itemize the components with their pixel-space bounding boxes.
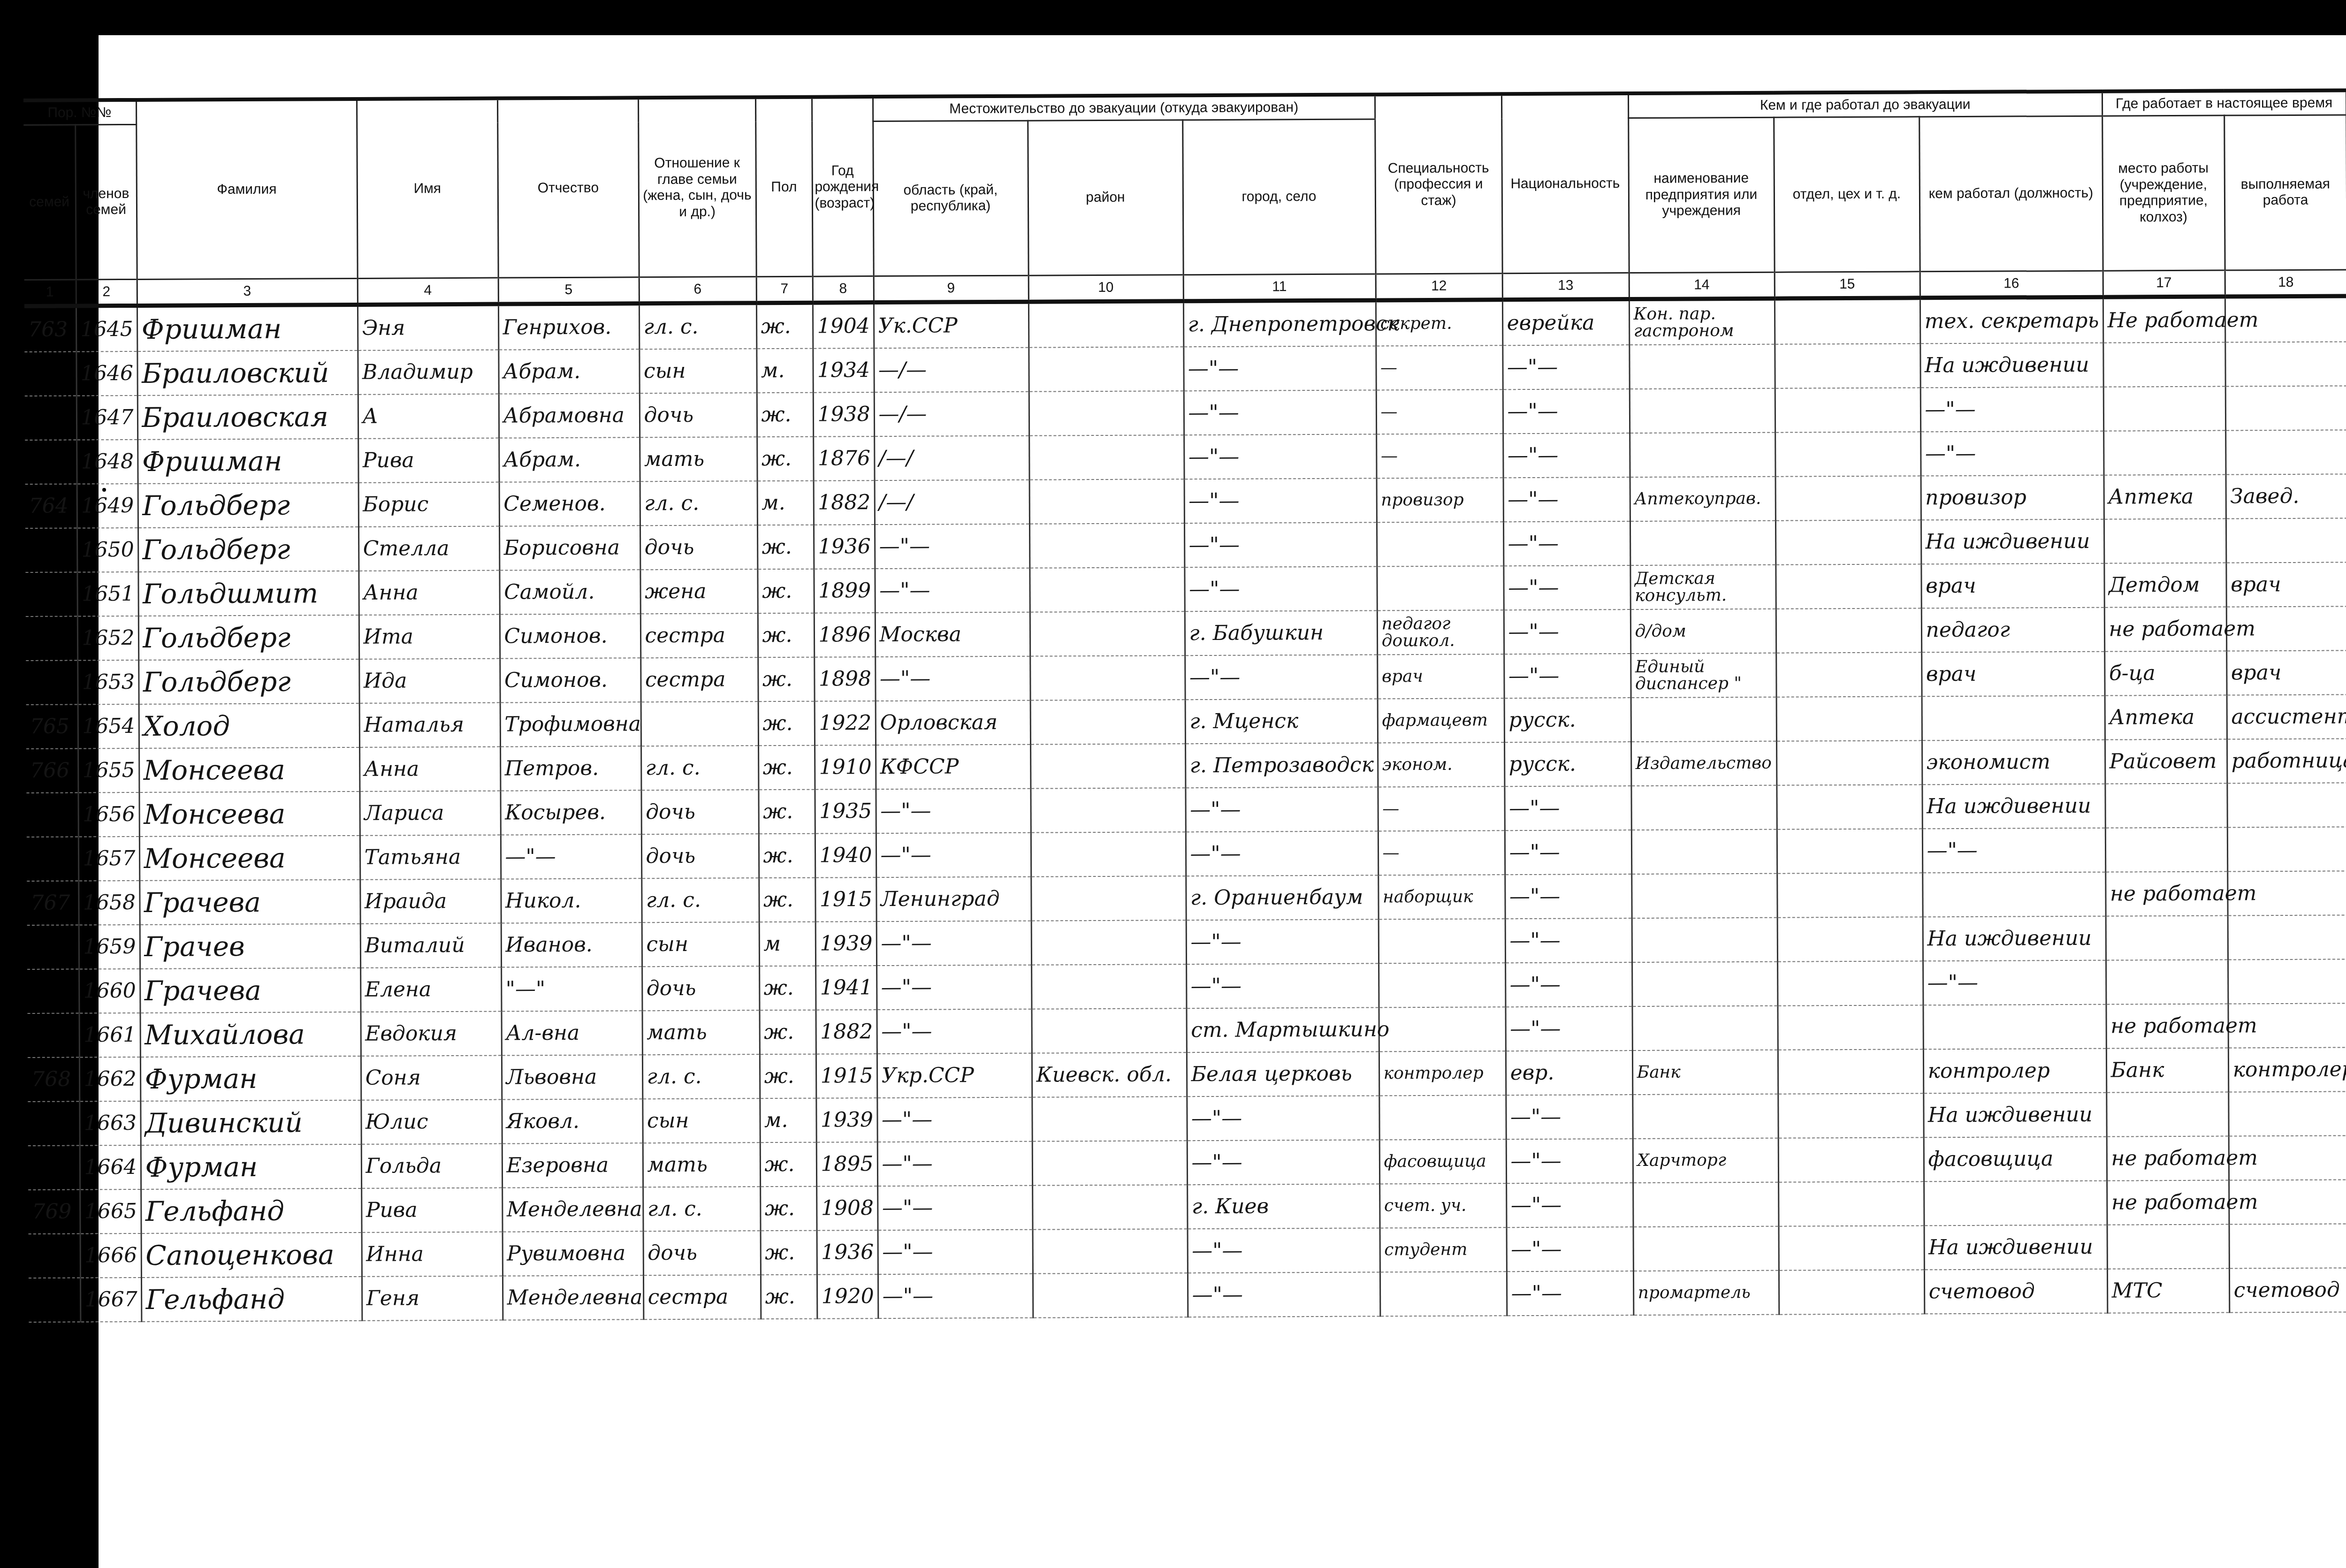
cell-employer (1629, 344, 1775, 388)
cell-position: счетовод (1924, 1269, 2107, 1314)
cell-relation: сын (642, 1098, 760, 1143)
cell-birth-year: 1882 (815, 1010, 876, 1054)
header-region: область (край, республика) (873, 121, 1028, 276)
cell-current-work: Завед. (2226, 474, 2346, 518)
cell-family-number (25, 396, 76, 440)
cell-current-work (2228, 915, 2346, 959)
cell-family-number: 766 (26, 748, 78, 792)
header-birth-year: Год рождения (возраст) (812, 97, 874, 276)
cell-surname: Фришман (137, 438, 358, 483)
cell-first-name: Анна (359, 746, 500, 791)
cell-specialty: — (1376, 345, 1502, 390)
cell-birth-year: 1939 (815, 921, 876, 966)
cell-position: врач (1921, 563, 2104, 608)
cell-city: г. Киев (1187, 1184, 1379, 1229)
cell-position: педагог (1921, 607, 2104, 652)
cell-employer (1633, 1182, 1778, 1226)
cell-member-number: 1647 (76, 395, 137, 440)
cell-nationality: —"— (1505, 962, 1632, 1007)
cell-specialty (1379, 1007, 1506, 1051)
cell-city: —"— (1185, 787, 1378, 832)
cell-region: Орловская (876, 700, 1030, 745)
cell-nationality: —"— (1504, 654, 1630, 698)
cell-family-number (25, 440, 76, 484)
cell-patronymic: —"— (501, 834, 641, 879)
cell-sex: ж. (757, 569, 814, 613)
cell-birth-year: 1939 (816, 1098, 877, 1142)
cell-department (1777, 829, 1922, 873)
cell-member-number: 1664 (80, 1145, 141, 1189)
cell-current-workplace: Не работает (2103, 297, 2225, 343)
cell-position: На иждивении (1922, 784, 2105, 829)
cell-department (1778, 1137, 1924, 1182)
cell-patronymic: Абрамовна (499, 393, 640, 438)
cell-district (1030, 655, 1185, 700)
header-current-work: выполняемая работа (2224, 114, 2346, 270)
cell-nationality: еврейка (1502, 299, 1629, 345)
cell-region: Ленинград (876, 876, 1031, 921)
cell-sex: ж. (759, 833, 815, 878)
cell-region: —"— (876, 921, 1031, 965)
col-number: 14 (1629, 272, 1775, 299)
cell-current-work (2225, 386, 2346, 430)
cell-current-workplace: не работает (2107, 1180, 2229, 1225)
cell-position (1922, 872, 2105, 917)
cell-sex: м. (760, 1098, 816, 1142)
cell-sex: ж. (756, 303, 813, 349)
cell-sex: м. (756, 348, 813, 393)
cell-nationality: русск. (1504, 742, 1631, 786)
cell-sex: ж. (758, 613, 814, 657)
cell-member-number: 1649 (77, 483, 138, 528)
cell-employer: д/дом (1630, 609, 1776, 653)
cell-region: —"— (876, 965, 1031, 1009)
cell-current-workplace (2106, 915, 2228, 960)
cell-district (1030, 788, 1185, 832)
cell-region: Укр.ССР (877, 1053, 1032, 1097)
cell-specialty (1377, 566, 1503, 610)
cell-relation: гл. с. (643, 1187, 760, 1231)
cell-relation: дочь (642, 966, 759, 1011)
cell-member-number: 1660 (79, 968, 140, 1013)
cell-current-work (2225, 342, 2346, 386)
cell-relation: гл. с. (641, 746, 758, 790)
cell-current-work: контролер (2228, 1047, 2346, 1092)
cell-city: —"— (1185, 655, 1377, 700)
cell-current-workplace: не работает (2107, 1136, 2229, 1180)
cell-position: фасовщица (1924, 1136, 2107, 1181)
cell-specialty: — (1376, 434, 1503, 478)
cell-member-number: 1665 (80, 1189, 141, 1233)
cell-patronymic: Езеровна (502, 1143, 643, 1187)
cell-nationality: —"— (1504, 786, 1631, 830)
cell-member-number: 1650 (77, 527, 138, 572)
cell-employer (1633, 1226, 1779, 1271)
cell-member-number: 1662 (79, 1057, 140, 1101)
cell-family-number (28, 1101, 79, 1145)
cell-member-number: 1656 (78, 792, 139, 837)
header-por-nn: Пор. №№ (23, 100, 136, 125)
cell-position: На иждивении (1923, 916, 2106, 961)
cell-birth-year: 1899 (814, 569, 875, 613)
cell-city: —"— (1188, 1272, 1380, 1317)
col-number: 5 (498, 277, 639, 304)
cell-surname: Фурман (140, 1056, 361, 1101)
cell-member-number: 1654 (78, 704, 139, 748)
cell-current-workplace (2105, 827, 2227, 872)
cell-department (1776, 608, 1921, 653)
cell-relation: жена (640, 569, 757, 614)
cell-patronymic: Никол. (501, 878, 641, 923)
cell-city: —"— (1187, 1140, 1379, 1185)
cell-district (1033, 1229, 1188, 1273)
cell-member-number: 1655 (78, 748, 139, 792)
cell-sex: ж. (757, 525, 814, 569)
cell-birth-year: 1938 (813, 392, 874, 437)
col-number: 13 (1502, 273, 1629, 299)
cell-first-name: Владимир (358, 350, 498, 394)
cell-district (1030, 744, 1185, 788)
cell-region: —"— (875, 524, 1029, 568)
cell-patronymic: Иванов. (501, 922, 642, 967)
cell-district (1032, 1096, 1187, 1141)
cell-nationality: —"— (1503, 433, 1630, 478)
cell-family-number (27, 837, 78, 881)
cell-specialty: врач (1377, 654, 1504, 699)
cell-member-number: 1657 (78, 836, 139, 881)
cell-nationality: —"— (1506, 1006, 1632, 1051)
cell-employer (1631, 785, 1776, 830)
cell-surname: Михайлова (140, 1012, 361, 1057)
cell-first-name: Наталья (359, 702, 500, 747)
cell-first-name: Виталий (360, 923, 501, 967)
cell-department (1775, 297, 1920, 344)
cell-current-workplace: не работает (2105, 871, 2227, 916)
cell-current-workplace: Банк (2106, 1048, 2228, 1092)
evacuee-register-table: Пор. №№ Фамилия Имя Отчество Отношение к… (23, 88, 2346, 1322)
cell-sex: ж. (758, 701, 815, 746)
col-number: 16 (1920, 271, 2103, 298)
cell-employer: Единый диспансер " (1630, 653, 1776, 697)
cell-position: —"— (1922, 828, 2105, 873)
cell-region: —"— (876, 832, 1031, 877)
cell-patronymic: "—" (501, 967, 642, 1011)
cell-current-workplace (2107, 1224, 2229, 1269)
cell-department (1778, 1005, 1923, 1050)
cell-district (1031, 876, 1186, 921)
cell-family-number (27, 925, 79, 969)
cell-patronymic: Рувимовна (503, 1231, 643, 1276)
cell-family-number (28, 1145, 80, 1189)
cell-sex: м (759, 921, 815, 966)
cell-specialty: фасовщица (1379, 1139, 1506, 1184)
cell-region: —/— (874, 347, 1028, 392)
cell-employer: Кон. пар. гастроном (1629, 298, 1775, 345)
cell-member-number: 1651 (77, 571, 138, 616)
header-specialty: Специальность (профессия и стаж) (1375, 94, 1502, 274)
cell-specialty: счет. уч. (1379, 1183, 1506, 1228)
cell-current-work: ассистент (2227, 694, 2346, 739)
cell-position: —"— (1920, 431, 2103, 476)
cell-region: КФССР (876, 744, 1030, 789)
col-number: 7 (756, 276, 813, 303)
cell-surname: Грачев (140, 923, 360, 968)
cell-specialty: — (1378, 786, 1504, 831)
cell-region: —"— (877, 1185, 1032, 1230)
cell-department (1775, 520, 1921, 564)
cell-district (1030, 611, 1185, 656)
col-number: 6 (639, 276, 756, 303)
cell-district (1030, 700, 1185, 744)
col-number: 18 (2225, 269, 2346, 296)
cell-patronymic: Самойл. (499, 570, 640, 614)
header-sex: Пол (755, 97, 813, 277)
cell-relation: сестра (640, 657, 758, 702)
cell-surname: Сапоценкова (141, 1232, 362, 1277)
cell-district (1029, 391, 1184, 435)
cell-patronymic: Абрам. (499, 437, 640, 482)
cell-sex: ж. (759, 966, 815, 1010)
cell-sex: м. (757, 480, 814, 525)
cell-region: —"— (877, 1141, 1032, 1186)
cell-surname: Монсеева (139, 835, 360, 880)
cell-district (1029, 435, 1184, 480)
cell-member-number: 1666 (80, 1233, 141, 1278)
cell-surname: Гельфанд (141, 1276, 362, 1321)
header-work-now-group: Где работает в настоящее время (2102, 90, 2346, 115)
cell-nationality: —"— (1505, 874, 1631, 919)
cell-relation: гл. с. (642, 1054, 760, 1099)
cell-city: —"— (1186, 919, 1379, 964)
cell-surname: Гольдберг (138, 482, 358, 527)
cell-family-number: 765 (26, 704, 78, 748)
cell-region: /—/ (874, 435, 1029, 480)
cell-current-workplace (2105, 783, 2227, 828)
cell-relation: гл. с. (641, 878, 759, 922)
cell-specialty: контролер (1379, 1051, 1506, 1096)
cell-employer: Издательство (1631, 741, 1776, 785)
cell-patronymic: Яковл. (502, 1099, 642, 1143)
cell-first-name: Стелла (358, 526, 499, 571)
col-number: 11 (1183, 274, 1376, 301)
cell-family-number: 769 (28, 1189, 80, 1233)
header-city: город, село (1182, 119, 1375, 274)
cell-city: —"— (1184, 566, 1377, 611)
cell-city: —"— (1184, 522, 1377, 567)
cell-city: г. Петрозаводск (1185, 743, 1378, 788)
cell-city: —"— (1187, 1096, 1379, 1141)
cell-employer (1631, 829, 1777, 874)
cell-family-number (26, 792, 78, 837)
col-number: 12 (1376, 273, 1502, 300)
cell-first-name: Юлис (361, 1099, 502, 1144)
cell-current-work (2227, 827, 2346, 871)
cell-surname: Браиловская (137, 394, 358, 439)
cell-surname: Гольдберг (138, 526, 358, 571)
cell-member-number: 1646 (76, 351, 137, 396)
cell-relation: дочь (643, 1231, 761, 1275)
cell-district (1031, 920, 1186, 965)
cell-current-work: работница (2227, 738, 2346, 783)
cell-employer: Банк (1632, 1050, 1778, 1094)
cell-department (1776, 784, 1922, 829)
cell-surname: Дивинский (140, 1100, 361, 1145)
cell-current-workplace: МТС (2107, 1268, 2229, 1313)
cell-surname: Гольдберг (138, 615, 359, 660)
cell-patronymic: Борисовна (499, 525, 640, 570)
cell-birth-year: 1895 (816, 1142, 877, 1187)
cell-specialty: провизор (1377, 478, 1503, 522)
cell-position (1924, 1180, 2107, 1225)
col-number: 10 (1028, 274, 1183, 301)
col-number: 9 (874, 275, 1028, 302)
cell-district (1033, 1273, 1188, 1317)
header-surname: Фамилия (136, 99, 358, 279)
cell-birth-year: 1915 (815, 877, 876, 922)
cell-current-workplace: Райсовет (2105, 739, 2227, 784)
cell-member-number: 1652 (77, 616, 138, 660)
cell-city: г. Ораниенбаум (1186, 875, 1378, 920)
cell-relation: гл. с. (639, 303, 756, 349)
cell-current-workplace: Детдом (2104, 563, 2226, 607)
cell-sex: ж. (758, 789, 815, 834)
cell-department (1776, 740, 1922, 785)
cell-department (1775, 388, 1920, 432)
cell-city: г. Днепропетровск (1183, 300, 1376, 346)
cell-birth-year: 1896 (814, 613, 875, 657)
cell-surname: Фришман (137, 304, 358, 351)
cell-nationality: —"— (1506, 1183, 1633, 1227)
cell-current-work: счетовод (2229, 1268, 2346, 1312)
cell-current-workplace: Аптека (2105, 695, 2227, 739)
cell-department (1778, 1093, 1923, 1138)
cell-region: —"— (878, 1273, 1033, 1318)
cell-sex: ж. (758, 657, 814, 701)
cell-birth-year: 1898 (814, 657, 875, 701)
cell-city: г. Мценск (1185, 699, 1378, 744)
cell-family-number (26, 616, 77, 660)
cell-current-workplace (2106, 959, 2228, 1004)
cell-patronymic: Львовна (502, 1055, 642, 1099)
cell-department (1775, 343, 1920, 388)
cell-sex: ж. (758, 745, 815, 790)
cell-surname: Гольдшмит (138, 571, 358, 616)
col-number: 3 (137, 278, 358, 305)
cell-surname: Грачева (139, 879, 360, 924)
cell-nationality: —"— (1502, 345, 1629, 389)
cell-city: —"— (1186, 831, 1378, 876)
header-employer: наименование предприятия или учреждения (1628, 117, 1774, 273)
cell-city: —"— (1184, 478, 1377, 523)
cell-relation: дочь (641, 834, 759, 878)
cell-nationality: —"— (1506, 1095, 1632, 1139)
header-position: кем работал (должность) (1919, 116, 2102, 272)
cell-patronymic: Петров. (500, 746, 641, 791)
cell-patronymic: Менделевна (502, 1187, 643, 1232)
cell-first-name: Ида (359, 658, 500, 703)
cell-member-number: 1659 (79, 924, 140, 969)
cell-first-name: Эня (358, 304, 498, 350)
cell-nationality: —"— (1505, 830, 1631, 875)
cell-first-name: Татьяна (360, 835, 501, 879)
cell-current-workplace: Аптека (2104, 474, 2226, 519)
cell-district (1028, 347, 1183, 391)
cell-patronymic: Косырев. (500, 790, 641, 835)
header-department: отдел, цех и т. д. (1774, 116, 1919, 272)
cell-district (1029, 523, 1184, 568)
cell-birth-year: 1940 (815, 833, 876, 878)
header-district: район (1028, 120, 1183, 275)
col-number: 4 (358, 278, 498, 304)
header-name: Имя (357, 99, 498, 278)
cell-position: На иждивении (1921, 519, 2104, 564)
cell-surname: Гельфанд (141, 1188, 361, 1233)
cell-relation: гл. с. (640, 481, 757, 525)
cell-current-work (2227, 783, 2346, 827)
header-work-before-group: Кем и где работал до эвакуации (1628, 91, 2102, 118)
cell-relation: дочь (640, 525, 757, 570)
cell-family-number (25, 572, 77, 616)
cell-district (1029, 567, 1184, 612)
cell-city: —"— (1184, 434, 1376, 479)
cell-first-name: Рива (361, 1187, 502, 1232)
col-number: 15 (1775, 271, 1920, 298)
cell-birth-year: 1910 (815, 745, 876, 790)
header-members: членов семей (75, 124, 137, 280)
cell-department (1777, 917, 1923, 961)
cell-employer: промартель (1633, 1270, 1779, 1315)
cell-employer (1632, 1005, 1778, 1050)
cell-surname: Фурман (141, 1144, 361, 1189)
header-relation: Отношение к главе семьи (жена, сын, дочь… (638, 97, 756, 277)
cell-first-name: Соня (361, 1055, 502, 1100)
cell-family-number (26, 660, 77, 704)
cell-specialty (1377, 522, 1503, 566)
cell-nationality: —"— (1503, 521, 1630, 566)
cell-relation: мать (643, 1142, 760, 1187)
cell-nationality: русск. (1504, 698, 1631, 742)
cell-position: врач (1921, 651, 2104, 696)
cell-city: —"— (1184, 390, 1376, 435)
cell-sex: ж. (760, 1186, 816, 1231)
cell-sex: ж. (759, 877, 815, 922)
cell-member-number: 1653 (77, 660, 138, 704)
cell-birth-year: 1904 (813, 302, 874, 348)
cell-patronymic: Генрихов. (498, 303, 639, 350)
cell-birth-year: 1934 (813, 348, 874, 393)
cell-specialty (1379, 919, 1505, 963)
header-residence-group: Местожительство до эвакуации (откуда эва… (873, 94, 1375, 121)
cell-birth-year: 1915 (816, 1054, 877, 1098)
cell-surname: Браиловский (137, 350, 358, 395)
cell-patronymic: Абрам. (498, 349, 639, 394)
cell-specialty: фармацевт (1378, 698, 1504, 743)
cell-city: —"— (1183, 346, 1376, 391)
cell-family-number (25, 528, 77, 572)
cell-surname: Холод (139, 703, 359, 748)
col-number: 1 (24, 280, 76, 306)
cell-nationality: —"— (1507, 1227, 1633, 1271)
cell-relation: сестра (643, 1275, 761, 1319)
cell-sex: ж. (760, 1054, 816, 1098)
cell-position: На иждивении (1920, 343, 2103, 388)
cell-nationality: —"— (1504, 609, 1630, 654)
cell-region: —"— (875, 568, 1029, 612)
cell-specialty: секрет. (1376, 299, 1502, 346)
cell-employer: Детская консульт. (1630, 564, 1775, 609)
cell-employer (1630, 432, 1775, 477)
cell-employer (1632, 1094, 1778, 1138)
